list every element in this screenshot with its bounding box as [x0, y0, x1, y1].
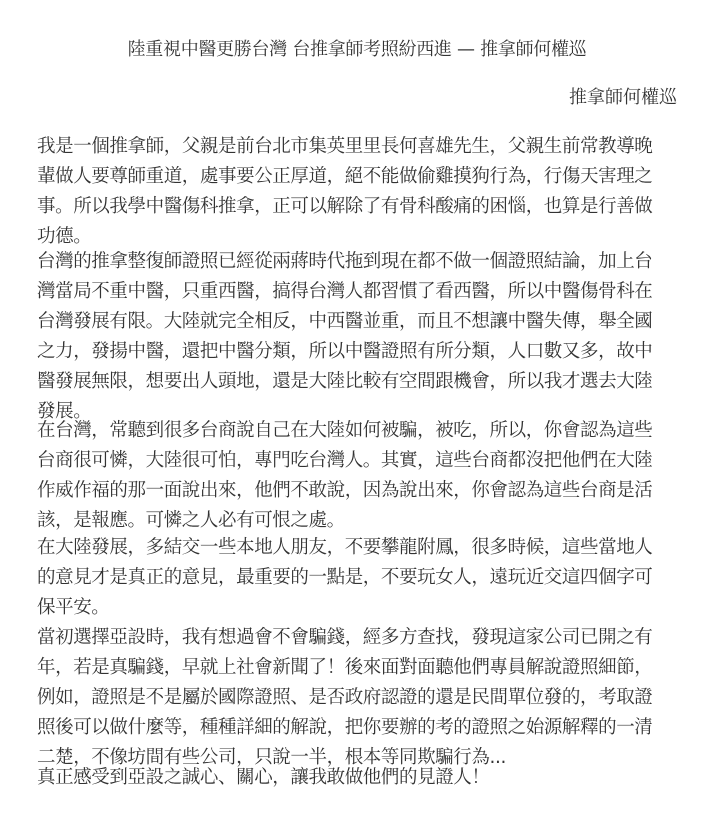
article-author: 推拿師何權巡: [569, 86, 677, 110]
paragraph-line: 台灣發展有限。大陸就完全相反，中西醫並重，而且不想讓中醫失傳，舉全國: [37, 307, 677, 337]
paragraph-1: 我是一個推拿師，父親是前台北市集英里里長何喜雄先生，父親生前常教導晚 輩做人要尊…: [37, 132, 677, 252]
paragraph-6: 真正感受到亞設之誠心、關心，讓我敢做他們的見證人！: [37, 763, 677, 793]
paragraph-line: 之力，發揚中醫，還把中醫分類，所以中醫證照有所分類，人口數又多，故中: [37, 337, 677, 367]
paragraph-line: 保平安。: [37, 593, 677, 623]
paragraph-line: 在台灣，常聽到很多台商說自己在大陸如何被騙，被吃，所以，你會認為這些: [37, 416, 677, 446]
paragraph-line: 當初選擇亞設時，我有想過會不會騙錢，經多方查找，發現這家公司已開之有: [37, 623, 677, 653]
paragraph-line: 該，是報應。可憐之人必有可恨之處。: [37, 506, 677, 536]
paragraph-line: 在大陸發展，多結交一些本地人朋友，不要攀龍附鳳，很多時候，這些當地人: [37, 533, 677, 563]
paragraph-line: 例如，證照是不是屬於國際證照、是否政府認證的還是民間單位發的，考取證: [37, 683, 677, 713]
paragraph-line: 我是一個推拿師，父親是前台北市集英里里長何喜雄先生，父親生前常教導晚: [37, 132, 677, 162]
paragraph-4: 在大陸發展，多結交一些本地人朋友，不要攀龍附鳳，很多時候，這些當地人 的意見才是…: [37, 533, 677, 623]
paragraph-3: 在台灣，常聽到很多台商說自己在大陸如何被騙，被吃，所以，你會認為這些 台商很可憐…: [37, 416, 677, 536]
paragraph-line: 照後可以做什麼等，種種詳細的解說，把你要辦的考的證照之始源解釋的一清: [37, 713, 677, 743]
paragraph-line: 灣當局不重中醫，只重西醫，搞得台灣人都習慣了看西醫，所以中醫傷骨科在: [37, 277, 677, 307]
paragraph-line: 作威作福的那一面說出來，他們不敢說，因為說出來，你會認為這些台商是活: [37, 476, 677, 506]
paragraph-line: 年，若是真騙錢，早就上社會新聞了！後來面對面聽他們專員解說證照細節，: [37, 653, 677, 683]
paragraph-line: 真正感受到亞設之誠心、關心，讓我敢做他們的見證人！: [37, 763, 677, 793]
paragraph-2: 台灣的推拿整復師證照已經從兩蔣時代拖到現在都不做一個證照結論，加上台 灣當局不重…: [37, 247, 677, 427]
article-title: 陸重視中醫更勝台灣 台推拿師考照紛西進 — 推拿師何權巡: [37, 38, 677, 62]
paragraph-line: 輩做人要尊師重道，處事要公正厚道，絕不能做偷雞摸狗行為，行傷天害理之: [37, 162, 677, 192]
paragraph-line: 醫發展無限，想要出人頭地，還是大陸比較有空間跟機會，所以我才選去大陸: [37, 367, 677, 397]
paragraph-line: 的意見才是真正的意見，最重要的一點是，不要玩女人，遠玩近交這四個字可: [37, 563, 677, 593]
paragraph-line: 台商很可憐，大陸很可怕，專門吃台灣人。其實，這些台商都沒把他們在大陸: [37, 446, 677, 476]
paragraph-line: 事。所以我學中醫傷科推拿，正可以解除了有骨科酸痛的困惱，也算是行善做: [37, 192, 677, 222]
paragraph-5: 當初選擇亞設時，我有想過會不會騙錢，經多方查找，發現這家公司已開之有 年，若是真…: [37, 623, 677, 773]
paragraph-line: 台灣的推拿整復師證照已經從兩蔣時代拖到現在都不做一個證照結論，加上台: [37, 247, 677, 277]
